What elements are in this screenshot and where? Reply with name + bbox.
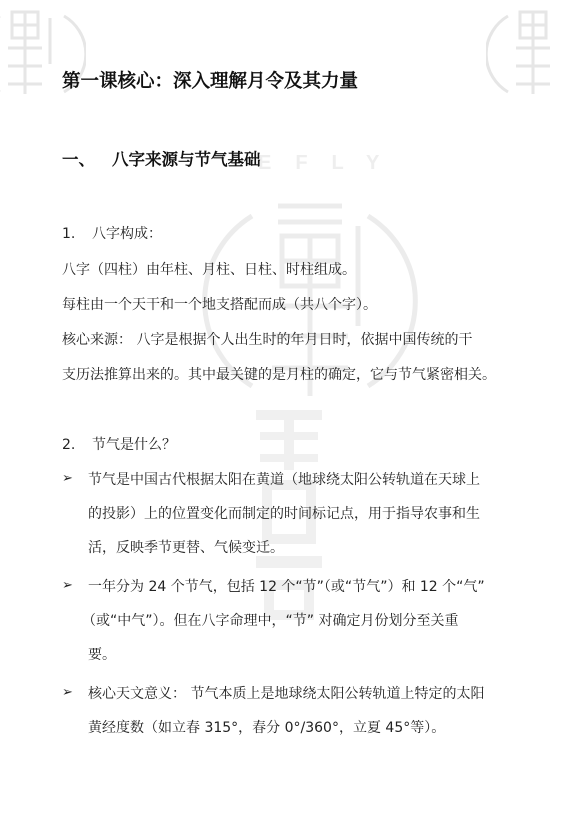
bullet-line: 的投影）上的位置变化而制定的时间标记点，用于指导农事和生 <box>88 503 480 523</box>
bullet-line: 要。 <box>88 644 116 664</box>
subsection-heading: 1.八字构成： <box>62 223 162 243</box>
paragraph-line: 每柱由一个天干和一个地支搭配而成（共八个字）。 <box>62 294 377 314</box>
subsection-number: 1. <box>62 226 92 242</box>
bullet-line: 活，反映季节更替、气候变迁。 <box>88 537 284 557</box>
bullet-line: 核心天文意义： 节气本质上是地球绕太阳公转轨道上特定的太阳 <box>88 683 484 703</box>
subsection-number: 2. <box>62 437 92 453</box>
arrow-bullet-icon: ➢ <box>62 578 73 593</box>
section-title: 八字来源与节气基础 <box>112 150 261 169</box>
subsection-title: 节气是什么？ <box>92 437 176 453</box>
paragraph-line: 核心来源： 八字是根据个人出生时的年月日时，依据中国传统的干 <box>62 329 472 349</box>
subsection-title: 八字构成： <box>92 226 162 242</box>
bullet-line: 节气是中国古代根据太阳在黄道（地球绕太阳公转轨道在天球上 <box>88 469 480 489</box>
bullet-line: 一年分为 24 个节气，包括 12 个“节”（或“节气”）和 12 个“气” <box>88 576 485 596</box>
paragraph-line: 支历法推算出来的。其中最关键的是月柱的确定，它与节气紧密相关。 <box>62 364 496 384</box>
bullet-line: （或“中气”）。但在八字命理中，“节” 对确定月份划分至关重 <box>82 610 458 630</box>
seal-logo-icon <box>486 4 571 104</box>
section-heading: 一、八字来源与节气基础 <box>62 146 261 170</box>
watermark-brand-text: EFLY <box>258 152 403 175</box>
watermark-seal-top-right <box>486 4 571 104</box>
section-number: 一、 <box>62 146 112 170</box>
document-title: 第一课核心：深入理解月令及其力量 <box>62 67 358 93</box>
paragraph-line: 八字（四柱）由年柱、月柱、日柱、时柱组成。 <box>62 259 356 279</box>
arrow-bullet-icon: ➢ <box>62 471 73 486</box>
subsection-heading: 2.节气是什么？ <box>62 434 176 454</box>
bullet-line: 黄经度数（如立春 315°，春分 0°/360°，立夏 45°等）。 <box>88 717 445 737</box>
arrow-bullet-icon: ➢ <box>62 685 73 700</box>
